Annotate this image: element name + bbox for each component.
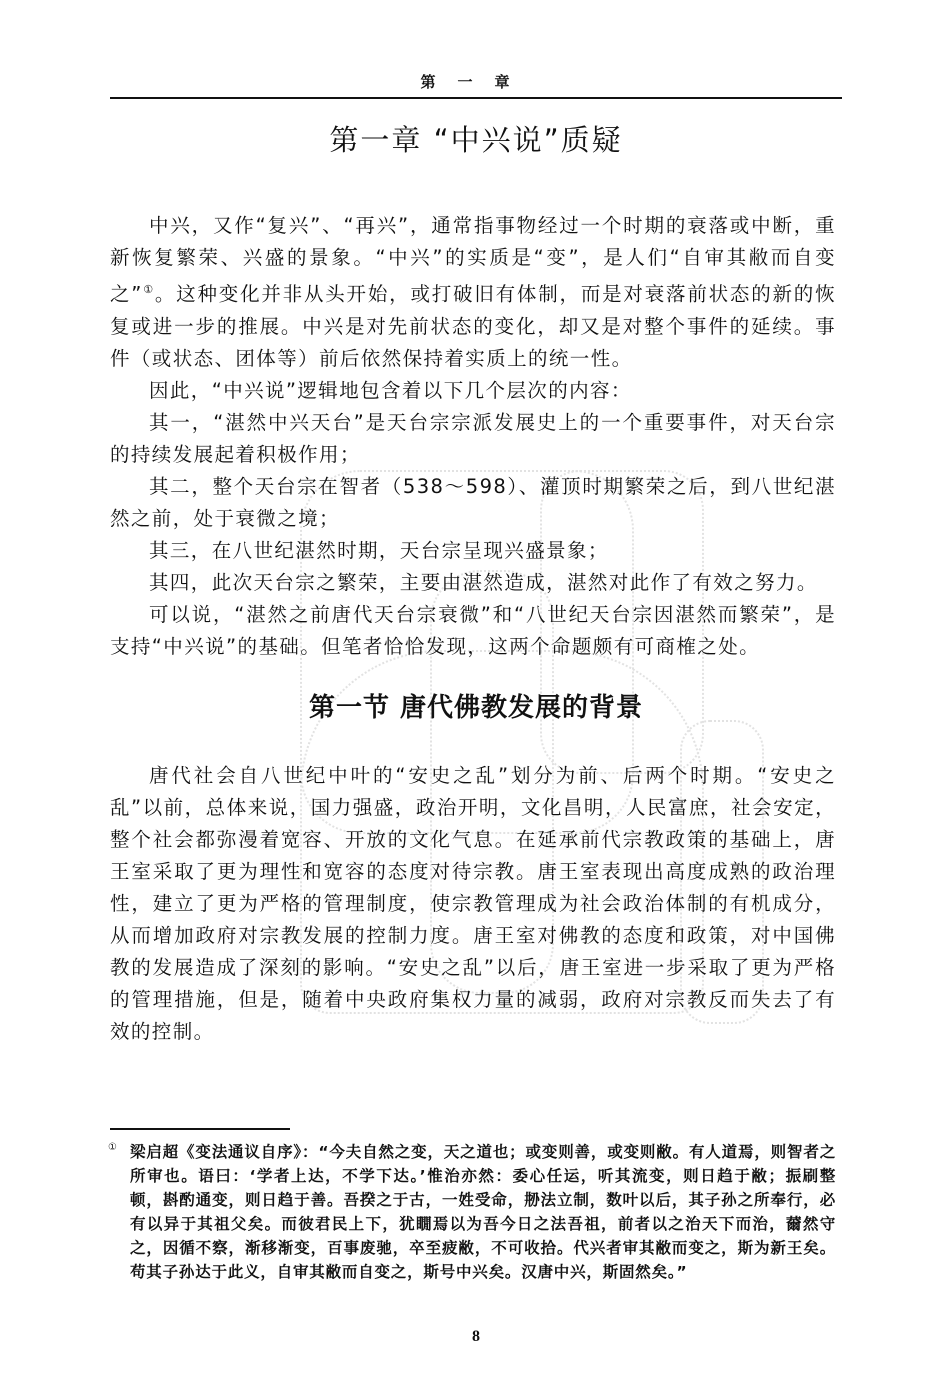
footnote-marker: ① — [108, 1136, 118, 1160]
footnote: ① 梁启超《变法通议自序》：“今夫自然之变，天之道也；或变则善，或变则敝。有人道… — [110, 1140, 836, 1284]
point-2: 其二，整个天台宗在智者（538～598）、灌顶时期繁荣之后，到八世纪湛然之前，处… — [110, 471, 836, 535]
paragraph-text: 。这种变化并非从头开始，或打破旧有体制，而是对衰落前状态的新的恢复或进一步的推展… — [110, 283, 836, 370]
intro-paragraph-2: 因此，“中兴说”逻辑地包含着以下几个层次的内容： — [110, 375, 836, 407]
section-text: 唐代社会自八世纪中叶的“安史之乱”划分为前、后两个时期。“安史之乱”以前，总体来… — [110, 760, 836, 1048]
footnote-rule — [110, 1128, 290, 1130]
point-3: 其三，在八世纪湛然时期，天台宗呈现兴盛景象； — [110, 535, 836, 567]
header-rule — [110, 97, 842, 99]
footnote-reference[interactable]: ① — [143, 283, 155, 296]
running-head: 第一章 — [110, 72, 842, 92]
page-number: 8 — [110, 1328, 842, 1346]
footnote-text: 梁启超《变法通议自序》：“今夫自然之变，天之道也；或变则善，或变则敝。有人道焉，… — [110, 1140, 836, 1284]
intro-text: 中兴，又作“复兴”、“再兴”，通常指事物经过一个时期的衰落或中断，重新恢复繁荣、… — [110, 210, 836, 663]
section-paragraph: 唐代社会自八世纪中叶的“安史之乱”划分为前、后两个时期。“安史之乱”以前，总体来… — [110, 760, 836, 1048]
section-title: 第一节 唐代佛教发展的背景 — [110, 688, 842, 728]
chapter-title: 第一章 “中兴说”质疑 — [110, 120, 842, 160]
intro-paragraph-3: 可以说，“湛然之前唐代天台宗衰微”和“八世纪天台宗因湛然而繁荣”，是支持“中兴说… — [110, 599, 836, 663]
point-4: 其四，此次天台宗之繁荣，主要由湛然造成，湛然对此作了有效之努力。 — [110, 567, 836, 599]
point-1: 其一，“湛然中兴天台”是天台宗宗派发展史上的一个重要事件，对天台宗的持续发展起着… — [110, 407, 836, 471]
intro-paragraph-1: 中兴，又作“复兴”、“再兴”，通常指事物经过一个时期的衰落或中断，重新恢复繁荣、… — [110, 210, 836, 375]
